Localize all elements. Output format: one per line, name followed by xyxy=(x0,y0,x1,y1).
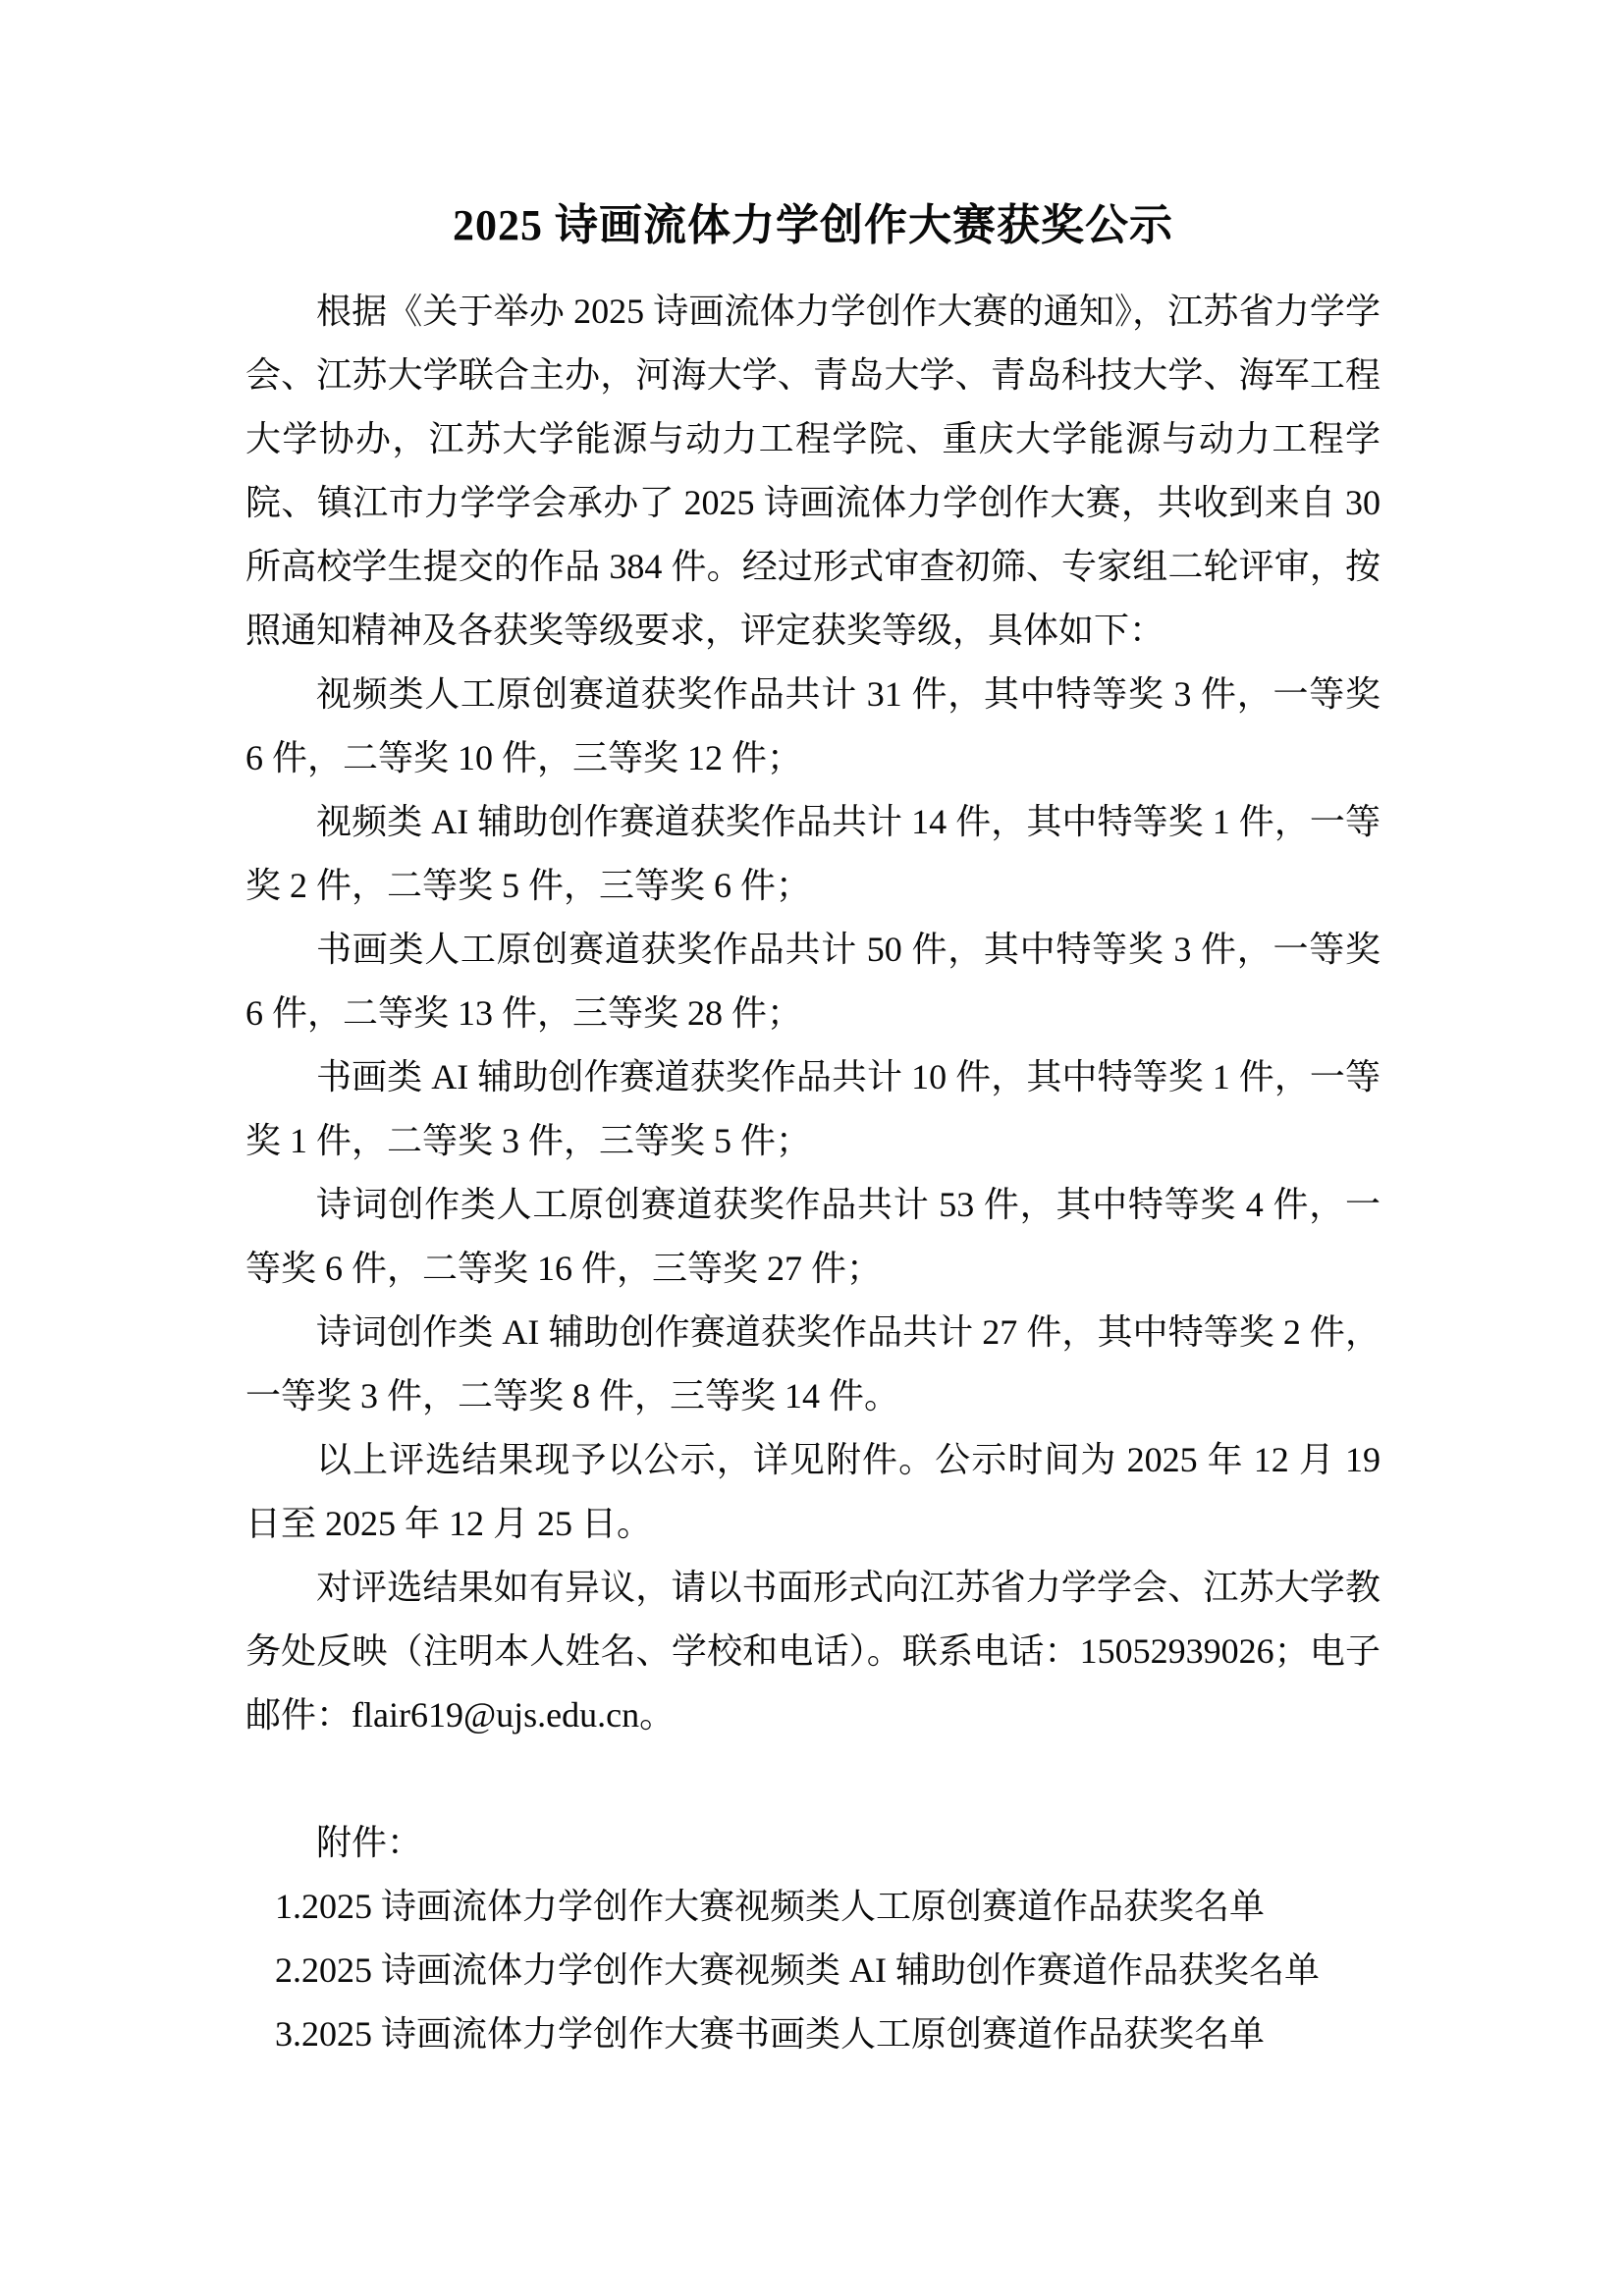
paragraph-poetry-original: 诗词创作类人工原创赛道获奖作品共计 53 件，其中特等奖 4 件，一等奖 6 件… xyxy=(245,1173,1380,1301)
document-page: 2025 诗画流体力学创作大赛获奖公示 根据《关于举办 2025 诗画流体力学创… xyxy=(0,0,1624,2296)
attachment-item-2: 2.2025 诗画流体力学创作大赛视频类 AI 辅助创作赛道作品获奖名单 xyxy=(245,1939,1380,2002)
blank-line xyxy=(245,1747,1380,1811)
document-body: 根据《关于举办 2025 诗画流体力学创作大赛的通知》，江苏省力学学会、江苏大学… xyxy=(245,280,1380,1747)
page-title: 2025 诗画流体力学创作大赛获奖公示 xyxy=(245,196,1380,255)
attachments-section: 附件： 1.2025 诗画流体力学创作大赛视频类人工原创赛道作品获奖名单 2.2… xyxy=(245,1811,1380,2066)
paragraph-video-original: 视频类人工原创赛道获奖作品共计 31 件，其中特等奖 3 件，一等奖 6 件，二… xyxy=(245,663,1380,790)
document-content: 2025 诗画流体力学创作大赛获奖公示 根据《关于举办 2025 诗画流体力学创… xyxy=(245,196,1380,2066)
paragraph-poetry-ai: 诗词创作类 AI 辅助创作赛道获奖作品共计 27 件，其中特等奖 2 件，一等奖… xyxy=(245,1301,1380,1428)
paragraph-publicity-period: 以上评选结果现予以公示，详见附件。公示时间为 2025 年 12 月 19 日至… xyxy=(245,1428,1380,1556)
paragraph-painting-ai: 书画类 AI 辅助创作赛道获奖作品共计 10 件，其中特等奖 1 件，一等奖 1… xyxy=(245,1045,1380,1173)
paragraph-video-ai: 视频类 AI 辅助创作赛道获奖作品共计 14 件，其中特等奖 1 件，一等奖 2… xyxy=(245,790,1380,918)
paragraph-intro: 根据《关于举办 2025 诗画流体力学创作大赛的通知》，江苏省力学学会、江苏大学… xyxy=(245,280,1380,663)
attachment-item-1: 1.2025 诗画流体力学创作大赛视频类人工原创赛道作品获奖名单 xyxy=(245,1875,1380,1939)
attachment-item-3: 3.2025 诗画流体力学创作大赛书画类人工原创赛道作品获奖名单 xyxy=(245,2002,1380,2066)
paragraph-contact: 对评选结果如有异议，请以书面形式向江苏省力学学会、江苏大学教务处反映（注明本人姓… xyxy=(245,1556,1380,1747)
paragraph-painting-original: 书画类人工原创赛道获奖作品共计 50 件，其中特等奖 3 件，一等奖 6 件，二… xyxy=(245,918,1380,1045)
attachments-label: 附件： xyxy=(245,1811,1380,1875)
